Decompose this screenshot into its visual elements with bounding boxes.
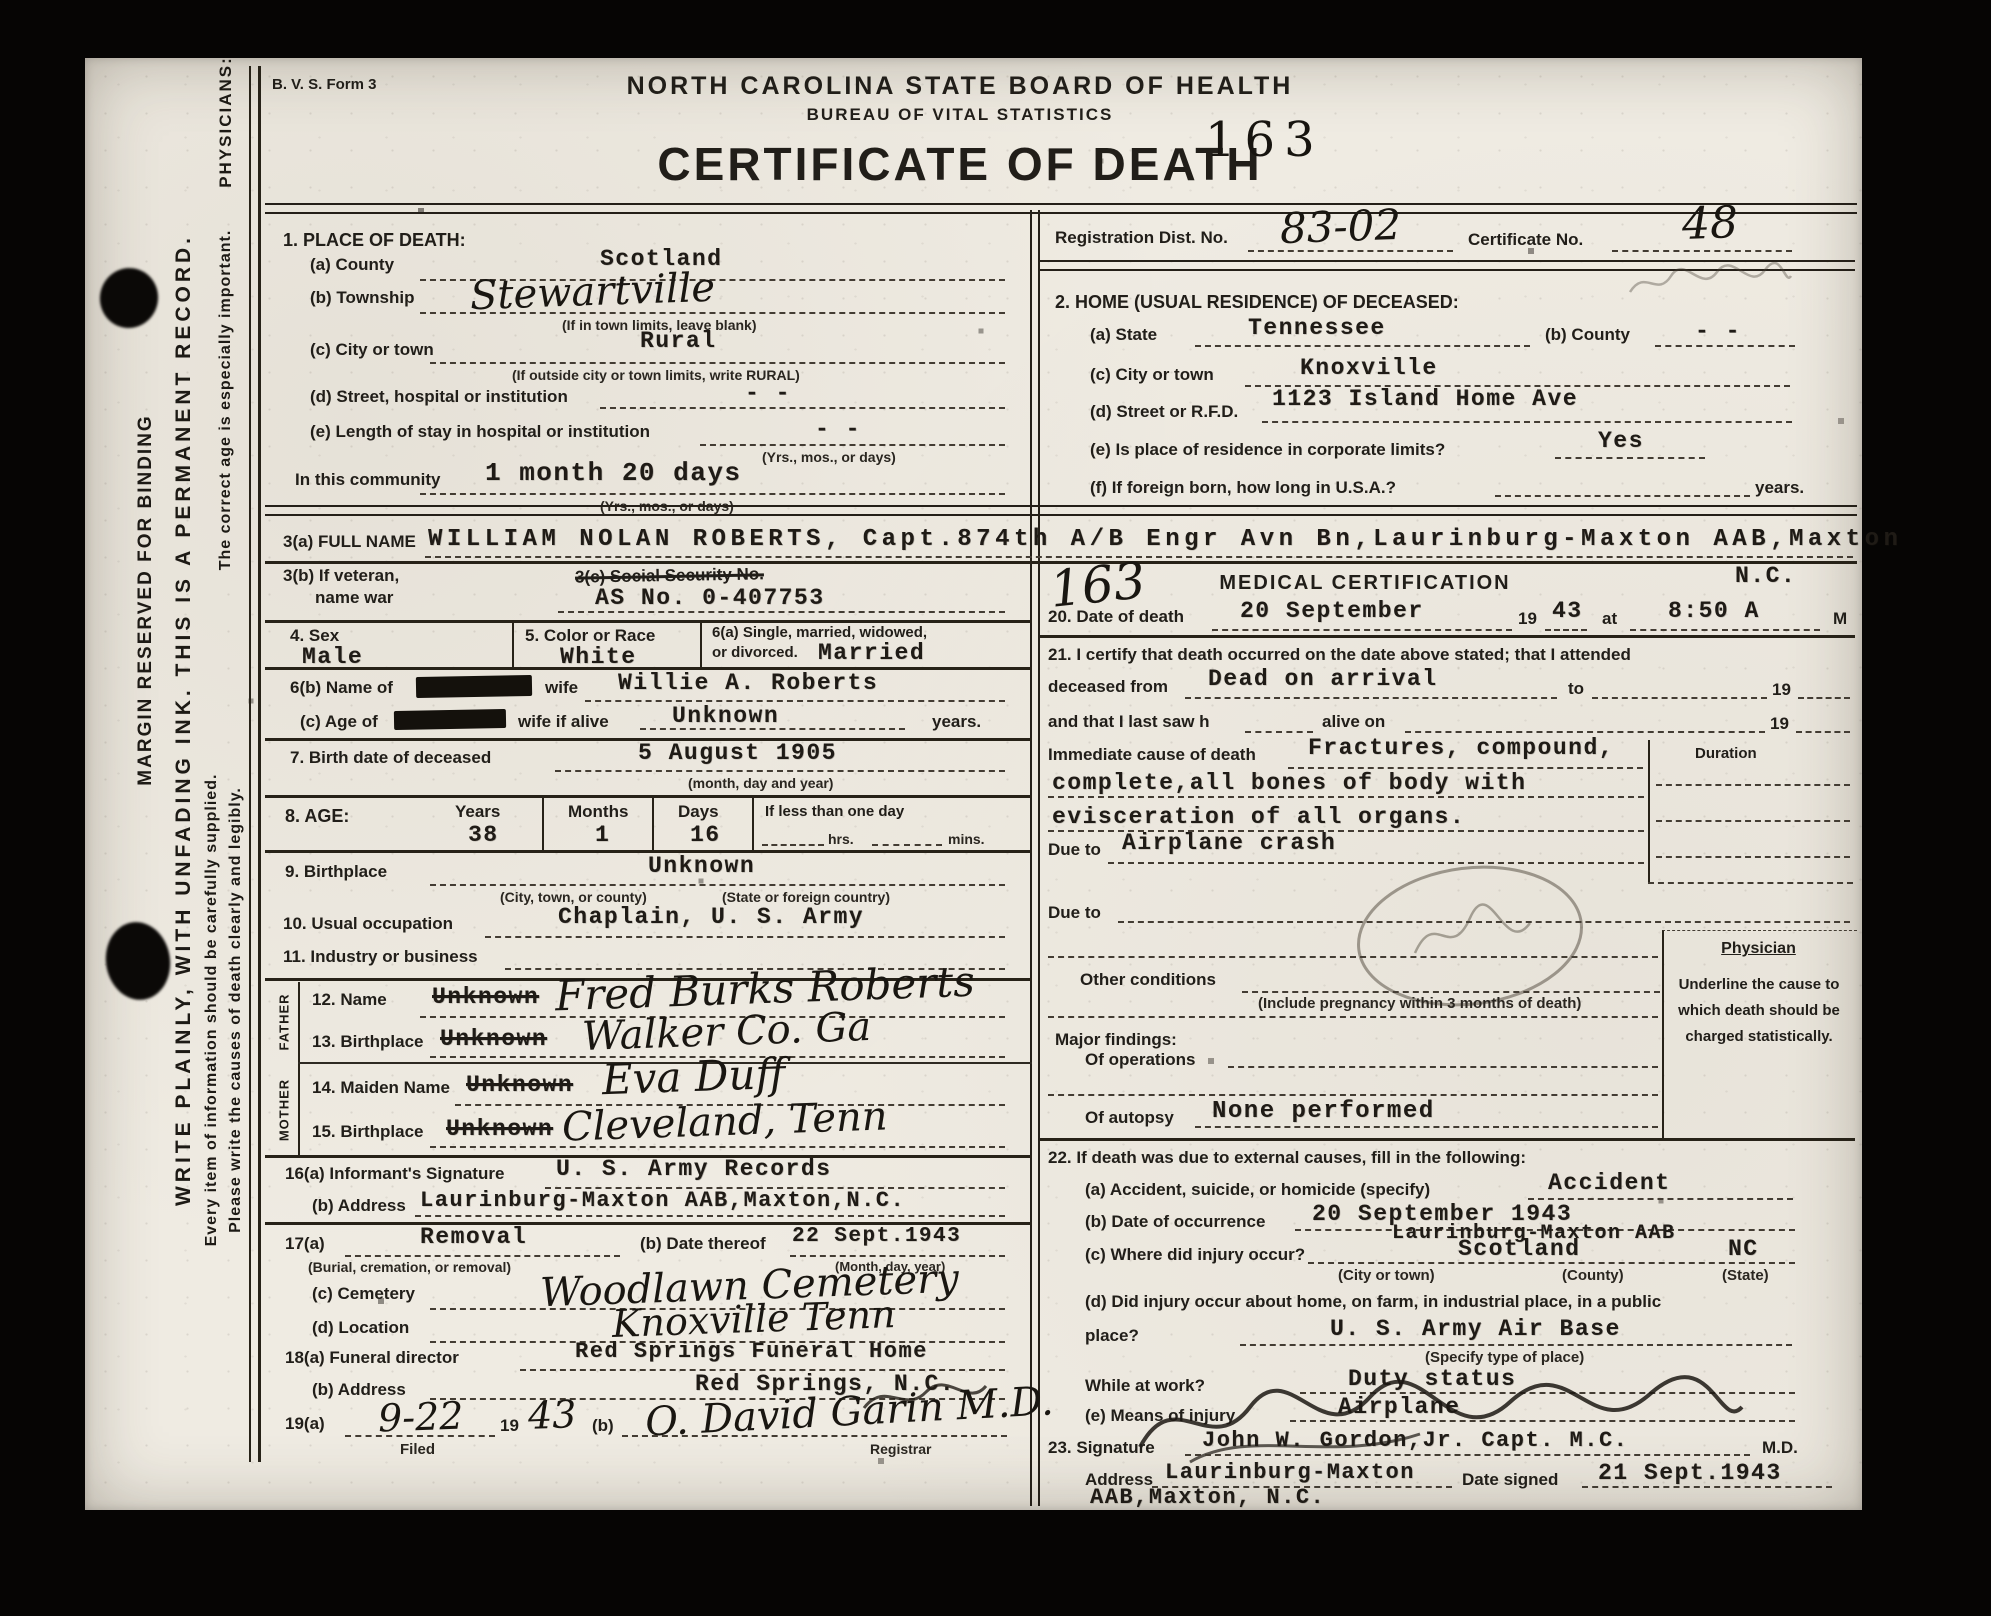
external-d-label-1: (d) Did injury occur about home, on farm… <box>1085 1292 1661 1312</box>
date-signed-line <box>1582 1486 1832 1488</box>
external-c-note-1: (City or town) <box>1338 1268 1435 1285</box>
physician-addr-value: Laurinburg-Maxton <box>1165 1462 1415 1484</box>
pod-city-line <box>430 362 1005 364</box>
row7-rule <box>265 795 1032 798</box>
physician-md-label: M.D. <box>1762 1438 1798 1458</box>
disposition-date-line <box>790 1255 1005 1257</box>
veteran-label-1: 3(b) If veteran, <box>283 566 399 586</box>
stay-line <box>700 444 1005 446</box>
filed-note: Filed <box>400 1442 435 1459</box>
external-heading: 22. If death was due to external causes,… <box>1048 1148 1526 1168</box>
other-conditions-label: Other conditions <box>1080 970 1216 990</box>
alive-year-line <box>1796 731 1850 733</box>
date-signed-label: Date signed <box>1462 1470 1558 1490</box>
physician-sig-label: 23. Signature <box>1048 1438 1155 1458</box>
father-label: FATHER <box>277 993 292 1050</box>
alive-on-label: alive on <box>1322 712 1385 732</box>
external-c-label: (c) Where did injury occur? <box>1085 1245 1305 1265</box>
lastsaw-line <box>1245 731 1313 733</box>
external-d-note: (Specify type of place) <box>1425 1350 1584 1367</box>
registrar-note: Registrar <box>870 1442 931 1457</box>
external-d-label-2: place? <box>1085 1326 1139 1346</box>
birthplace-label: 9. Birthplace <box>285 862 387 882</box>
age-hrs-label: hrs. <box>828 832 854 847</box>
physician-sig-value: John W. Gordon,Jr. Capt. M.C. <box>1202 1430 1628 1452</box>
other-conditions-line <box>1242 991 1660 993</box>
township-value: Stewartville <box>469 268 715 317</box>
margin-write-causes-text: Please write the causes of death clearly… <box>227 787 245 1233</box>
fullname-label: 3(a) FULL NAME <box>283 532 416 552</box>
home-corporate-value: Yes <box>1598 430 1644 453</box>
cause-value-2: complete,all bones of body with <box>1052 772 1526 795</box>
funeral-director-value: Red Springs Funeral Home <box>575 1341 928 1363</box>
township-line <box>420 312 1005 314</box>
spouse-line <box>585 700 1005 702</box>
disposition-method-line <box>345 1255 620 1257</box>
location-label: (d) Location <box>312 1318 409 1338</box>
race-value: White <box>560 646 637 669</box>
age-days-value: 16 <box>690 824 721 847</box>
medical-hand-number: 163 <box>1048 555 1148 615</box>
birthdate-note: (month, day and year) <box>688 776 833 791</box>
mother-label: MOTHER <box>277 1079 292 1141</box>
home-years-label: years. <box>1755 478 1804 498</box>
occupation-label: 10. Usual occupation <box>283 914 453 934</box>
row3-rule <box>265 620 1032 623</box>
margin-divider-thin <box>249 66 251 1462</box>
external-b-label: (b) Date of occurrence <box>1085 1212 1265 1232</box>
filed-label: 19(a) <box>285 1414 325 1434</box>
fullname-continuation: N.C. <box>1735 565 1796 588</box>
birthdate-label: 7. Birth date of deceased <box>290 748 491 768</box>
to-line <box>1592 697 1767 699</box>
margin-binding-text: MARGIN RESERVED FOR BINDING <box>135 414 157 785</box>
cause-line-1 <box>1288 767 1643 769</box>
father-name-struck: Unknown <box>432 986 539 1009</box>
external-c-county-value: Scotland <box>1458 1238 1580 1261</box>
cause-line-2 <box>1048 796 1644 798</box>
age-div-3 <box>752 797 754 850</box>
scan-specks <box>0 0 2 2</box>
death-year-line <box>1545 629 1587 631</box>
stay-value: - - <box>815 418 861 441</box>
cause-value-1: Fractures, compound, <box>1308 737 1614 760</box>
ssn-line <box>558 611 1005 613</box>
duration-box-bottom <box>1648 882 1853 884</box>
community-line <box>420 493 1005 495</box>
home-city-value: Knoxville <box>1300 357 1438 380</box>
date-signed-value: 21 Sept.1943 <box>1598 1462 1782 1485</box>
community-label: In this community <box>295 470 440 490</box>
registrar-line <box>622 1435 1007 1437</box>
pod-city-value: Rural <box>640 330 717 353</box>
informant-addr-label: (b) Address <box>312 1196 406 1216</box>
external-c-note-3: (State) <box>1722 1268 1769 1285</box>
location-value: Knoxville Tenn <box>611 1295 896 1343</box>
marital-value: Married <box>818 642 925 665</box>
spouse-label-redaction <box>416 675 532 698</box>
major-sep-line <box>1048 1016 1658 1018</box>
other-conditions-note: (Include pregnancy within 3 months of de… <box>1258 996 1581 1013</box>
certify-statement: 21. I certify that death occurred on the… <box>1048 645 1848 665</box>
spouse-label-2: wife <box>545 678 578 698</box>
mother-birthplace-value: Cleveland, Tenn <box>561 1096 888 1147</box>
disposition-date-label: (b) Date thereof <box>640 1234 766 1254</box>
place-of-death-heading: 1. PLACE OF DEATH: <box>283 230 466 251</box>
autopsy-label: Of autopsy <box>1085 1108 1174 1128</box>
duration-line-1 <box>1656 784 1850 786</box>
spouse-age-redaction <box>394 709 506 730</box>
home-street-line <box>1262 421 1792 423</box>
age-mins-line <box>872 844 942 846</box>
spouse-value: Willie A. Roberts <box>618 672 878 695</box>
age-less-label: If less than one day <box>765 803 904 821</box>
spouse-age-value: Unknown <box>672 705 779 728</box>
death-m-label: M <box>1833 609 1847 629</box>
margin-every-item-text: Every item of information should be care… <box>203 774 221 1247</box>
disposition-method: Removal <box>420 1226 527 1249</box>
autopsy-value: None performed <box>1212 1100 1435 1124</box>
home-street-value: 1123 Island Home Ave <box>1272 388 1578 411</box>
home-foreign-line <box>1495 495 1750 497</box>
physician-sig-line <box>1185 1454 1750 1456</box>
registrar-b-label: (b) <box>592 1416 614 1436</box>
external-a-value: Accident <box>1548 1172 1670 1195</box>
sex-value: Male <box>302 646 363 669</box>
age-years-label: Years <box>455 802 500 822</box>
margin-divider <box>258 66 261 1462</box>
death-date-label: 20. Date of death <box>1048 607 1184 627</box>
physician-title: Physician <box>1662 940 1855 959</box>
death-date-value: 20 September <box>1240 600 1424 623</box>
home-county-label: (b) County <box>1545 325 1630 345</box>
cert-no-line <box>1612 250 1792 252</box>
township-label: (b) Township <box>310 288 415 308</box>
header-rule <box>265 203 1857 214</box>
home-corporate-label: (e) Is place of residence in corporate l… <box>1090 440 1445 460</box>
mother-name-value: Eva Duff <box>601 1053 786 1101</box>
due1-label: Due to <box>1048 840 1101 860</box>
informant-sig-value: U. S. Army Records <box>556 1158 831 1181</box>
parents-bracket-line <box>298 982 300 1155</box>
spouse-age-line <box>640 728 905 730</box>
due2-line-b <box>1048 956 1658 958</box>
home-corporate-line <box>1555 457 1705 459</box>
informant-sig-label: 16(a) Informant's Signature <box>285 1164 504 1184</box>
birthplace-line <box>430 884 1005 886</box>
cemetery-label: (c) Cemetery <box>312 1284 415 1304</box>
birthdate-line <box>555 770 1005 772</box>
section1-rule <box>265 505 1857 516</box>
pod-street-label: (d) Street, hospital or institution <box>310 387 568 407</box>
autopsy-line <box>1195 1126 1658 1128</box>
age-hrs-line <box>762 844 824 846</box>
reg-dist-value: 83-02 <box>1279 204 1401 250</box>
operations-label: Of operations <box>1085 1050 1196 1070</box>
death-date-line <box>1212 629 1512 631</box>
industry-label: 11. Industry or business <box>283 947 478 967</box>
occupation-line <box>485 936 1005 938</box>
spouse-label-1: 6(b) Name of <box>290 678 393 698</box>
birthdate-value: 5 August 1905 <box>638 742 837 765</box>
to-year-line <box>1798 697 1850 699</box>
deceased-from-value: Dead on arrival <box>1208 668 1438 691</box>
pod-street-line <box>600 407 1005 409</box>
stay-label: (e) Length of stay in hospital or instit… <box>310 422 650 442</box>
home-street-label: (d) Street or R.F.D. <box>1090 402 1238 422</box>
home-heading: 2. HOME (USUAL RESIDENCE) OF DECEASED: <box>1055 292 1459 313</box>
form-number: B. V. S. Form 3 <box>272 76 376 94</box>
external-a-label: (a) Accident, suicide, or homicide (spec… <box>1085 1180 1430 1200</box>
informant-addr-value: Laurinburg-Maxton AAB,Maxton,N.C. <box>420 1190 905 1212</box>
reg-dist-label: Registration Dist. No. <box>1055 228 1228 248</box>
occupation-value: Chaplain, U. S. Army <box>558 906 864 929</box>
mother-name-label: 14. Maiden Name <box>312 1078 450 1098</box>
cause-label: Immediate cause of death <box>1048 745 1256 765</box>
deceased-from-line <box>1185 697 1557 699</box>
mother-birthplace-struck: Unknown <box>446 1118 553 1141</box>
father-birthplace-value: Walker Co. Ga <box>581 1007 871 1057</box>
lastsaw-label: and that I last saw h <box>1048 712 1210 732</box>
disposition-date-value: 22 Sept.1943 <box>792 1226 961 1247</box>
death-date-rule <box>1040 635 1855 638</box>
major-findings-label: Major findings: <box>1055 1030 1177 1050</box>
column-divider <box>1030 210 1040 1506</box>
external-d-value: U. S. Army Air Base <box>1330 1318 1621 1341</box>
home-county-line <box>1655 345 1795 347</box>
home-city-label: (c) City or town <box>1090 365 1214 385</box>
medical-heading: MEDICAL CERTIFICATION <box>1150 572 1580 596</box>
sex-race-divider <box>512 621 514 667</box>
autopsy-sep-line <box>1048 1094 1658 1096</box>
to-label: to <box>1568 679 1584 699</box>
home-state-label: (a) State <box>1090 325 1157 345</box>
age-months-label: Months <box>568 802 628 822</box>
marital-label-2: or divorced. <box>712 644 798 662</box>
alive-year-pre: 19 <box>1770 714 1789 734</box>
spouse-age-label-2: wife if alive <box>518 712 609 732</box>
faint-handwriting-mark <box>1625 258 1795 304</box>
filed-date-line <box>345 1435 495 1437</box>
pod-street-value: - - <box>745 382 791 405</box>
disposition-label: 17(a) <box>285 1234 325 1254</box>
spouse-age-label-1: (c) Age of <box>300 712 378 732</box>
deceased-from-label: deceased from <box>1048 677 1168 697</box>
external-c-state-value: NC <box>1728 1238 1759 1261</box>
birthplace-value: Unknown <box>648 855 755 878</box>
due1-value: Airplane crash <box>1122 832 1336 855</box>
mother-name-struck: Unknown <box>466 1074 573 1097</box>
to-year-pre: 19 <box>1772 680 1791 700</box>
section21-rule <box>1040 1138 1855 1141</box>
death-time-line <box>1630 629 1820 631</box>
father-name-label: 12. Name <box>312 990 387 1010</box>
age-mins-label: mins. <box>948 832 985 847</box>
scanned-death-certificate: MARGIN RESERVED FOR BINDING WRITE PLAINL… <box>0 0 1991 1616</box>
margin-write-plainly-text: WRITE PLAINLY, WITH UNFADING INK. THIS I… <box>172 234 196 1206</box>
age-div-2 <box>652 797 654 850</box>
duration-label: Duration <box>1695 745 1757 763</box>
external-a-line <box>1528 1198 1793 1200</box>
home-county-value: - - <box>1695 320 1741 343</box>
certificate-stamp-number: 163 <box>1205 112 1324 168</box>
stay-note: (Yrs., mos., or days) <box>762 450 896 465</box>
pod-city-label: (c) City or town <box>310 340 434 360</box>
age-div-1 <box>542 797 544 850</box>
age-days-label: Days <box>678 802 719 822</box>
reg-dist-line <box>1248 250 1453 252</box>
veteran-label-2: name war <box>315 588 393 608</box>
filed-date-value: 9-22 <box>377 1397 464 1438</box>
age-years-value: 38 <box>468 824 499 847</box>
cert-no-value: 48 <box>1681 201 1739 247</box>
mother-birthplace-line <box>430 1146 1005 1148</box>
filed-year-value: 43 <box>527 1395 577 1435</box>
age-label: 8. AGE: <box>285 806 349 827</box>
death-time-value: 8:50 A <box>1668 600 1760 623</box>
cert-no-label: Certificate No. <box>1468 230 1583 250</box>
county-label: (a) County <box>310 255 394 275</box>
informant-addr-line <box>415 1215 1005 1217</box>
fullname-value: WILLIAM NOLAN ROBERTS, Capt.874th A/B En… <box>428 528 1902 552</box>
spouse-age-suffix: years. <box>932 712 981 732</box>
duration-box-left <box>1648 740 1650 884</box>
death-at-label: at <box>1602 609 1617 629</box>
external-d-line <box>1240 1344 1792 1346</box>
ssn-value: AS No. 0-407753 <box>595 587 825 610</box>
margin-correct-age-text: The correct age is especially important. <box>217 230 235 571</box>
mother-birthplace-label: 15. Birthplace <box>312 1122 424 1142</box>
race-marital-divider <box>700 621 702 667</box>
duration-line-2 <box>1656 820 1850 822</box>
external-c-note-2: (County) <box>1562 1268 1624 1285</box>
external-c-line <box>1308 1262 1795 1264</box>
community-value: 1 month 20 days <box>485 460 742 486</box>
filed-year-pre: 19 <box>500 1416 519 1436</box>
home-state-value: Tennessee <box>1248 317 1386 340</box>
margin-physicians-text: PHYSICIANS: <box>216 56 236 188</box>
home-state-line <box>1195 345 1530 347</box>
disposition-method-note: (Burial, cremation, or removal) <box>308 1260 511 1275</box>
due2-line <box>1118 921 1850 923</box>
physician-addr-value-2: AAB,Maxton, N.C. <box>1090 1487 1325 1509</box>
board-title: NORTH CAROLINA STATE BOARD OF HEALTH <box>470 72 1450 102</box>
physician-note: Underline the cause to which death shoul… <box>1674 972 1844 1050</box>
funeral-director-label: 18(a) Funeral director <box>285 1348 459 1368</box>
home-foreign-label: (f) If foreign born, how long in U.S.A.? <box>1090 478 1396 498</box>
duration-line-3 <box>1656 856 1850 858</box>
operations-line <box>1228 1066 1658 1068</box>
death-year-value: 43 <box>1552 600 1583 623</box>
death-year-pre: 19 <box>1518 609 1537 629</box>
alive-on-line <box>1405 731 1765 733</box>
age-months-value: 1 <box>595 824 610 847</box>
father-birthplace-label: 13. Birthplace <box>312 1032 424 1052</box>
due2-label: Due to <box>1048 903 1101 923</box>
father-birthplace-struck: Unknown <box>440 1028 547 1051</box>
cause-value-3: evisceration of all organs. <box>1052 806 1465 829</box>
